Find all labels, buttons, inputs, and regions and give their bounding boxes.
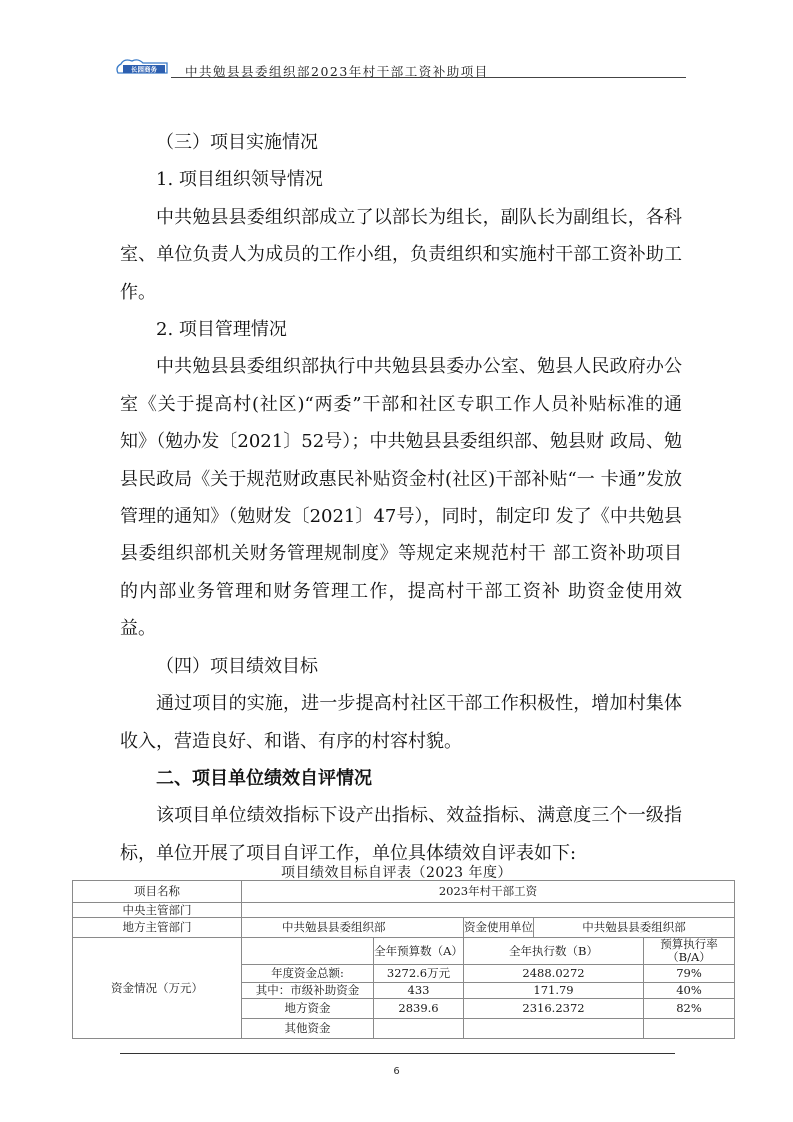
- performance-self-evaluation-table: 项目名称 2023年村干部工资 中央主管部门 地方主管部门 中共勉县县委组织部 …: [72, 880, 735, 1039]
- fund-row-label: 其中：市级补助资金: [242, 983, 374, 999]
- fund-row-rate: [644, 1019, 735, 1039]
- paragraph-self-evaluation: 该项目单位绩效指标下设产出指标、效益指标、满意度三个一级指标，单位开展了项目自评…: [120, 797, 682, 872]
- table-row-central-dept: 中央主管部门: [73, 903, 735, 918]
- page-number: 6: [0, 1066, 793, 1077]
- fund-row-label: 其他资金: [242, 1019, 374, 1039]
- subheading-leadership: 1. 项目组织领导情况: [120, 161, 682, 198]
- svg-text:长园商务: 长园商务: [131, 65, 158, 74]
- fund-row-budget: [374, 1019, 464, 1039]
- fund-row-budget: 3272.6万元: [374, 965, 464, 983]
- central-dept-label: 中央主管部门: [73, 903, 242, 918]
- fund-row-executed: 171.79: [464, 983, 644, 999]
- col-header-budget: 全年预算数（A）: [374, 938, 464, 965]
- project-name-label: 项目名称: [73, 881, 242, 903]
- company-logo-icon: 长园商务: [115, 58, 171, 76]
- table-row-local-dept: 地方主管部门 中共勉县县委组织部 资金使用单位 中共勉县县委组织部: [73, 918, 735, 938]
- subheading-management: 2. 项目管理情况: [120, 311, 682, 348]
- fund-row-executed: 2316.2372: [464, 999, 644, 1019]
- fund-unit-label: 资金使用单位: [464, 918, 534, 938]
- fund-row-label: 年度资金总额:: [242, 965, 374, 983]
- col-header-executed: 全年执行数（B）: [464, 938, 644, 965]
- paragraph-goals: 通过项目的实施，进一步提高村社区干部工作积极性，增加村集体收入，营造良好、和谐、…: [120, 685, 682, 760]
- local-dept-label: 地方主管部门: [73, 918, 242, 938]
- table-caption: 项目绩效目标自评表（2023 年度）: [0, 862, 793, 882]
- page-header: 长园商务 中共勉县县委组织部2023年村干部工资补助项目: [115, 58, 685, 78]
- paragraph-leadership: 中共勉县县委组织部成立了以部长为组长，副队长为副组长，各科室、单位负责人为成员的…: [120, 199, 682, 311]
- fund-row-label: 地方资金: [242, 999, 374, 1019]
- footer-divider: [120, 1053, 675, 1054]
- section-heading-goals: （四）项目绩效目标: [120, 648, 682, 685]
- project-name-value: 2023年村干部工资: [242, 881, 735, 903]
- document-body: （三）项目实施情况 1. 项目组织领导情况 中共勉县县委组织部成立了以部长为组长…: [120, 124, 682, 872]
- fund-row-executed: 2488.0272: [464, 965, 644, 983]
- table-row-project-name: 项目名称 2023年村干部工资: [73, 881, 735, 903]
- fund-row-rate: 82%: [644, 999, 735, 1019]
- col-header-rate-line2: （B/A）: [644, 951, 734, 964]
- fund-row-rate: 79%: [644, 965, 735, 983]
- funds-label: 资金情况（万元）: [73, 938, 242, 1039]
- central-dept-value: [242, 903, 735, 918]
- table-row-fund-headers: 资金情况（万元） 全年预算数（A） 全年执行数（B） 预算执行率 （B/A）: [73, 938, 735, 965]
- fund-header-blank: [242, 938, 374, 965]
- fund-row-rate: 40%: [644, 983, 735, 999]
- section-heading-self-evaluation: 二、项目单位绩效自评情况: [120, 760, 682, 797]
- local-dept-value: 中共勉县县委组织部: [242, 918, 464, 938]
- header-divider: [171, 77, 686, 78]
- fund-row-executed: [464, 1019, 644, 1039]
- fund-row-budget: 433: [374, 983, 464, 999]
- section-heading-implementation: （三）项目实施情况: [120, 124, 682, 161]
- paragraph-management: 中共勉县县委组织部执行中共勉县县委办公室、勉县人民政府办公室《关于提高村(社区)…: [120, 348, 682, 647]
- col-header-rate: 预算执行率 （B/A）: [644, 938, 735, 965]
- fund-row-budget: 2839.6: [374, 999, 464, 1019]
- fund-unit-value: 中共勉县县委组织部: [534, 918, 735, 938]
